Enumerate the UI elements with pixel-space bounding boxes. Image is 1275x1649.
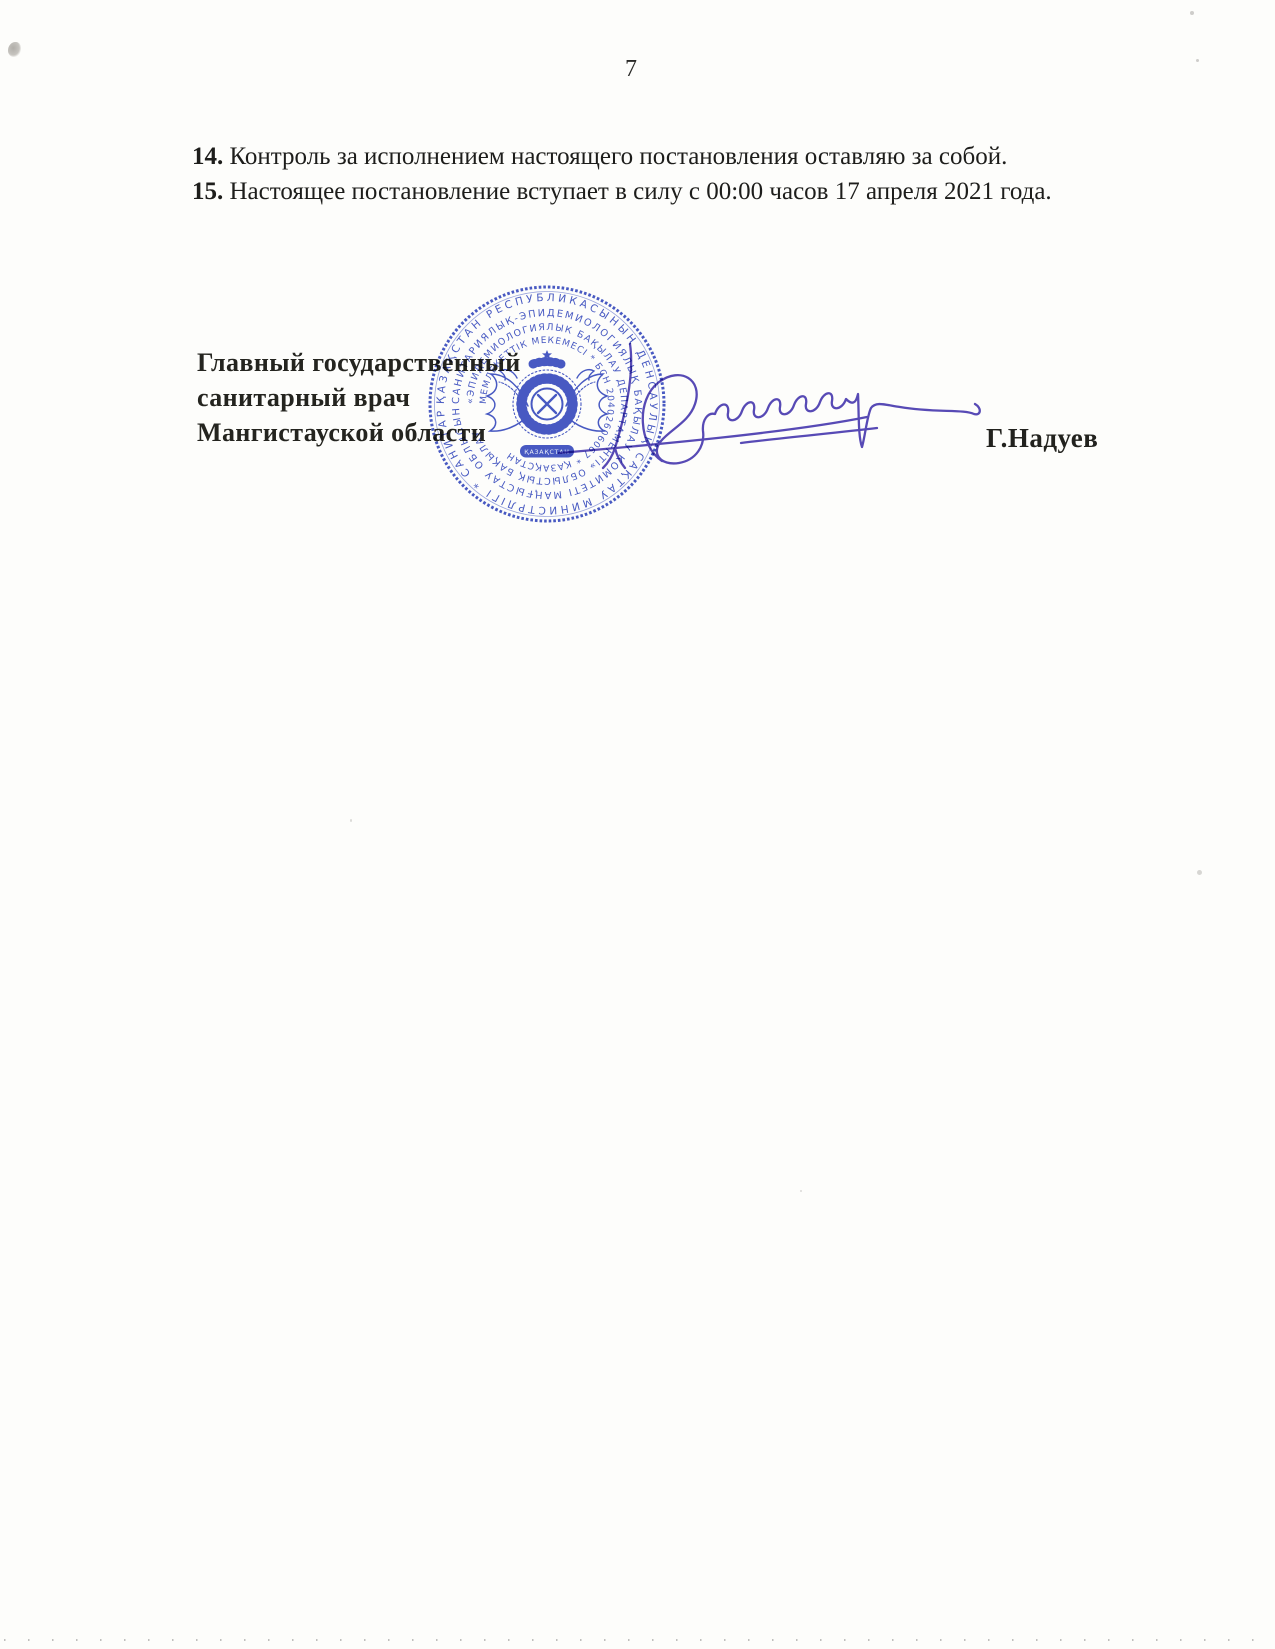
signer-name: Г.Надуев bbox=[986, 423, 1098, 454]
scan-speck bbox=[350, 819, 352, 822]
paragraph-15-number: 15. bbox=[192, 178, 223, 205]
signature-underline-stroke bbox=[741, 428, 877, 443]
paragraph-15-text: Настоящее постановление вступает в силу … bbox=[230, 178, 1052, 205]
scan-speck bbox=[1197, 870, 1202, 875]
signature-ink-icon bbox=[545, 330, 997, 492]
paragraph-14: 14. Контроль за исполнением настоящего п… bbox=[152, 139, 1110, 174]
document-body: 14. Контроль за исполнением настоящего п… bbox=[152, 139, 1110, 209]
scan-edge-dotted-line bbox=[4, 1639, 1271, 1641]
scan-speck bbox=[1196, 59, 1199, 62]
paragraph-15: 15. Настоящее постановление вступает в с… bbox=[152, 174, 1110, 209]
scan-speck bbox=[1190, 11, 1194, 15]
scanned-document-page: 7 14. Контроль за исполнением настоящего… bbox=[0, 0, 1275, 1649]
paragraph-14-text: Контроль за исполнением настоящего поста… bbox=[230, 143, 1008, 170]
scan-smudge bbox=[8, 42, 21, 57]
scan-speck bbox=[800, 1190, 802, 1192]
paragraph-14-number: 14. bbox=[192, 143, 223, 170]
signature-main-stroke bbox=[643, 375, 980, 463]
page-number: 7 bbox=[152, 56, 1110, 83]
